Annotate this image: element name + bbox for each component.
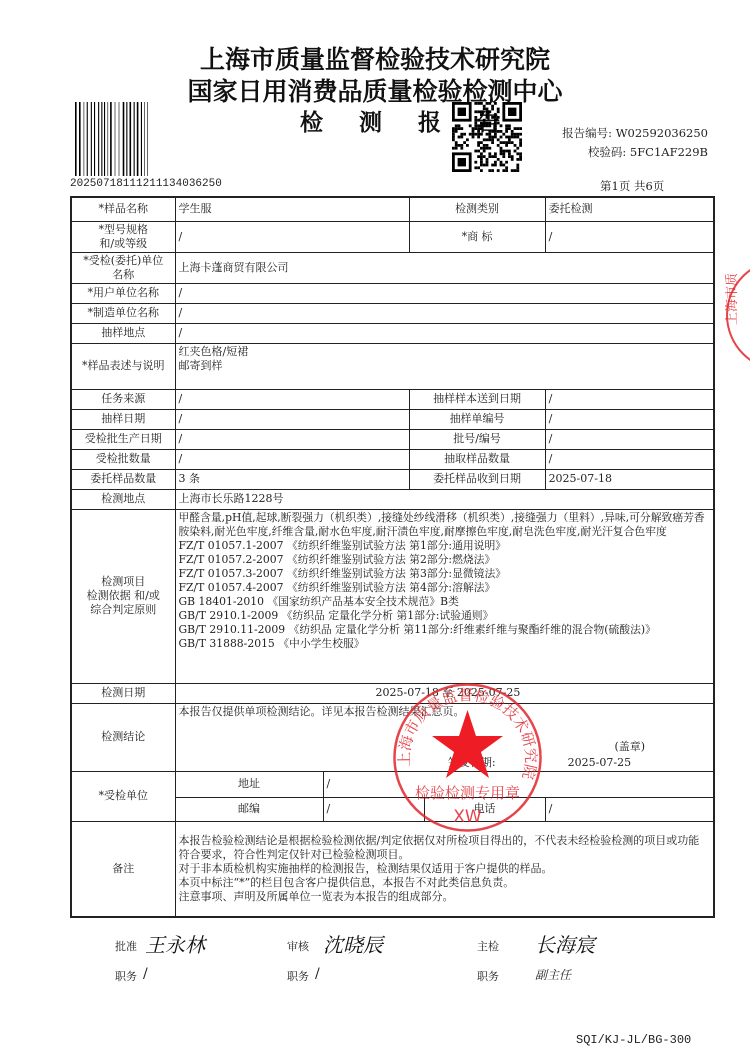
user-unit-label: *用户单位名称 <box>71 283 175 303</box>
received-date-label: 委托样品收到日期 <box>409 469 545 489</box>
production-date-label: 受检批生产日期 <box>71 429 175 449</box>
seal-note: (盖章) <box>614 740 645 754</box>
review-signature: 沈晓辰 <box>323 929 383 958</box>
batch-qty: / <box>175 449 409 469</box>
sampling-date-label: 抽样日期 <box>71 409 175 429</box>
sampling-no: / <box>545 409 714 429</box>
review-title-label: 职务 <box>287 968 309 984</box>
approve-title-label: 职务 <box>115 968 137 984</box>
form-code: SQI/KJ-JL/BG-300 <box>576 1033 691 1047</box>
barcode-number: 20250718111211134036250 <box>70 178 222 190</box>
sample-qty: / <box>545 449 714 469</box>
row-sample-name: *样品名称 学生服 检测类别 委托检测 <box>71 197 714 221</box>
batch-no: / <box>545 429 714 449</box>
user-unit: / <box>175 283 714 303</box>
issue-date: 2025-07-25 <box>568 756 631 769</box>
test-items: 甲醛含量,pH值,起球,断裂强力（机织类）,接缝处纱线滑移（机织类）,接缝强力（… <box>179 511 711 539</box>
address-label: 地址 <box>175 771 323 797</box>
svg-text:XW: XW <box>453 807 482 827</box>
test-category: 委托检测 <box>545 197 714 221</box>
sample-delivered-label: 抽样样本送到日期 <box>409 389 545 409</box>
description: 红夹色格/短裙 邮寄到样 <box>175 343 714 389</box>
remarks: 本报告检验检测结论是根据检验检测依据/判定依据仅对所检项目得出的，不代表未经检验… <box>175 821 714 917</box>
standards-list: FZ/T 01057.1-2007 《纺织纤维鉴别试验方法 第1部分:通用说明》… <box>179 539 711 651</box>
remark-line: 注意事项、声明及所属单位一览表为本报告的组成部分。 <box>179 890 711 904</box>
official-seal-stamp: 上海市质量监督检验技术研究院 检验检测专用章 XW <box>390 680 545 835</box>
check-code-label: 校验码: <box>588 145 626 159</box>
check-code: 5FC1AF229B <box>630 145 708 159</box>
task-source-label: 任务来源 <box>71 389 175 409</box>
manufacturer: / <box>175 303 714 323</box>
test-category-label: 检测类别 <box>409 197 545 221</box>
page-info: 第1页 共6页 <box>600 178 664 194</box>
inspector-label: 主检 <box>477 938 499 954</box>
entrusted-qty: 3 条 <box>175 469 409 489</box>
postcode-label: 邮编 <box>175 797 323 821</box>
client: 上海卡蓬商贸有限公司 <box>175 252 714 283</box>
remark-line: 本页中标注“*”的栏目包含客户提供信息，本报告不对此类信息负责。 <box>179 876 711 890</box>
svg-text:上海市质: 上海市质 <box>725 273 740 325</box>
conclusion-label: 检测结论 <box>71 703 175 771</box>
remark-line: 本报告检验检测结论是根据检验检测依据/判定依据仅对所检项目得出的，不代表未经检验… <box>179 834 711 862</box>
standard-item: FZ/T 01057.1-2007 《纺织纤维鉴别试验方法 第1部分:通用说明》 <box>179 539 711 553</box>
standard-item: FZ/T 01057.2-2007 《纺织纤维鉴别试验方法 第2部分:燃烧法》 <box>179 553 711 567</box>
inspector-title-label: 职务 <box>477 968 499 984</box>
report-no-label: 报告编号: <box>562 126 612 140</box>
trademark-label: *商 标 <box>409 221 545 252</box>
test-items-cell: 甲醛含量,pH值,起球,断裂强力（机织类）,接缝处纱线滑移（机织类）,接缝强力（… <box>175 509 714 683</box>
client-label: *受检(委托)单位 名称 <box>71 252 175 283</box>
standard-item: GB/T 31888-2015 《中小学生校服》 <box>179 637 711 651</box>
model-label: *型号规格 和/或等级 <box>71 221 175 252</box>
sampling-site: / <box>175 323 714 343</box>
inspector-title: 副主任 <box>535 966 571 983</box>
manufacturer-label: *制造单位名称 <box>71 303 175 323</box>
report-identifiers: 报告编号: W02592036250 校验码: 5FC1AF229B <box>528 124 708 162</box>
test-date-label: 检测日期 <box>71 683 175 703</box>
review-label: 审核 <box>287 938 309 954</box>
batch-qty-label: 受检批数量 <box>71 449 175 469</box>
task-source: / <box>175 389 409 409</box>
barcode-icon <box>75 102 149 176</box>
standard-item: GB/T 2910.11-2009 《纺织品 定量化学分析 第11部分:纤维素纤… <box>179 623 711 637</box>
qr-code-icon <box>452 102 522 172</box>
trademark: / <box>545 221 714 252</box>
entrusted-qty-label: 委托样品数量 <box>71 469 175 489</box>
review-title: / <box>315 966 320 982</box>
standard-item: FZ/T 01057.4-2007 《纺织纤维鉴别试验方法 第4部分:溶解法》 <box>179 581 711 595</box>
sampling-site-label: 抽样地点 <box>71 323 175 343</box>
institute-title: 上海市质量监督检验技术研究院 <box>0 40 750 76</box>
phone: / <box>545 797 714 821</box>
sample-name-label: *样品名称 <box>71 197 175 221</box>
sample-qty-label: 抽取样品数量 <box>409 449 545 469</box>
items-label: 检测项目 检测依据 和/或 综合判定原则 <box>71 509 175 683</box>
test-site: 上海市长乐路1228号 <box>175 489 714 509</box>
svg-text:检验检测专用章: 检验检测专用章 <box>415 784 520 802</box>
sample-delivered: / <box>545 389 714 409</box>
received-date: 2025-07-18 <box>545 469 714 489</box>
description-label: *样品表述与说明 <box>71 343 175 389</box>
test-site-label: 检测地点 <box>71 489 175 509</box>
edge-seal-stamp: 上海市质 <box>722 255 750 375</box>
approve-label: 批准 <box>115 938 137 954</box>
standard-item: FZ/T 01057.3-2007 《纺织纤维鉴别试验方法 第3部分:显微镜法》 <box>179 567 711 581</box>
sampling-date: / <box>175 409 409 429</box>
approve-title: / <box>143 966 148 982</box>
inspector-signature: 长海宸 <box>535 929 595 958</box>
sampling-no-label: 抽样单编号 <box>409 409 545 429</box>
production-date: / <box>175 429 409 449</box>
standard-item: GB/T 2910.1-2009 《纺织品 定量化学分析 第1部分:试验通则》 <box>179 609 711 623</box>
model: / <box>175 221 409 252</box>
report-no: W02592036250 <box>616 126 708 140</box>
standard-item: GB 18401-2010 《国家纺织产品基本安全技术规范》B类 <box>179 595 711 609</box>
remarks-label: 备注 <box>71 821 175 917</box>
sample-name: 学生服 <box>175 197 409 221</box>
approve-signature: 王永林 <box>145 929 205 958</box>
remark-line: 对于非本质检机构实施抽样的检测报告，检测结果仅适用于客户提供的样品。 <box>179 862 711 876</box>
batch-no-label: 批号/编号 <box>409 429 545 449</box>
inspected-unit-label: *受检单位 <box>71 771 175 821</box>
